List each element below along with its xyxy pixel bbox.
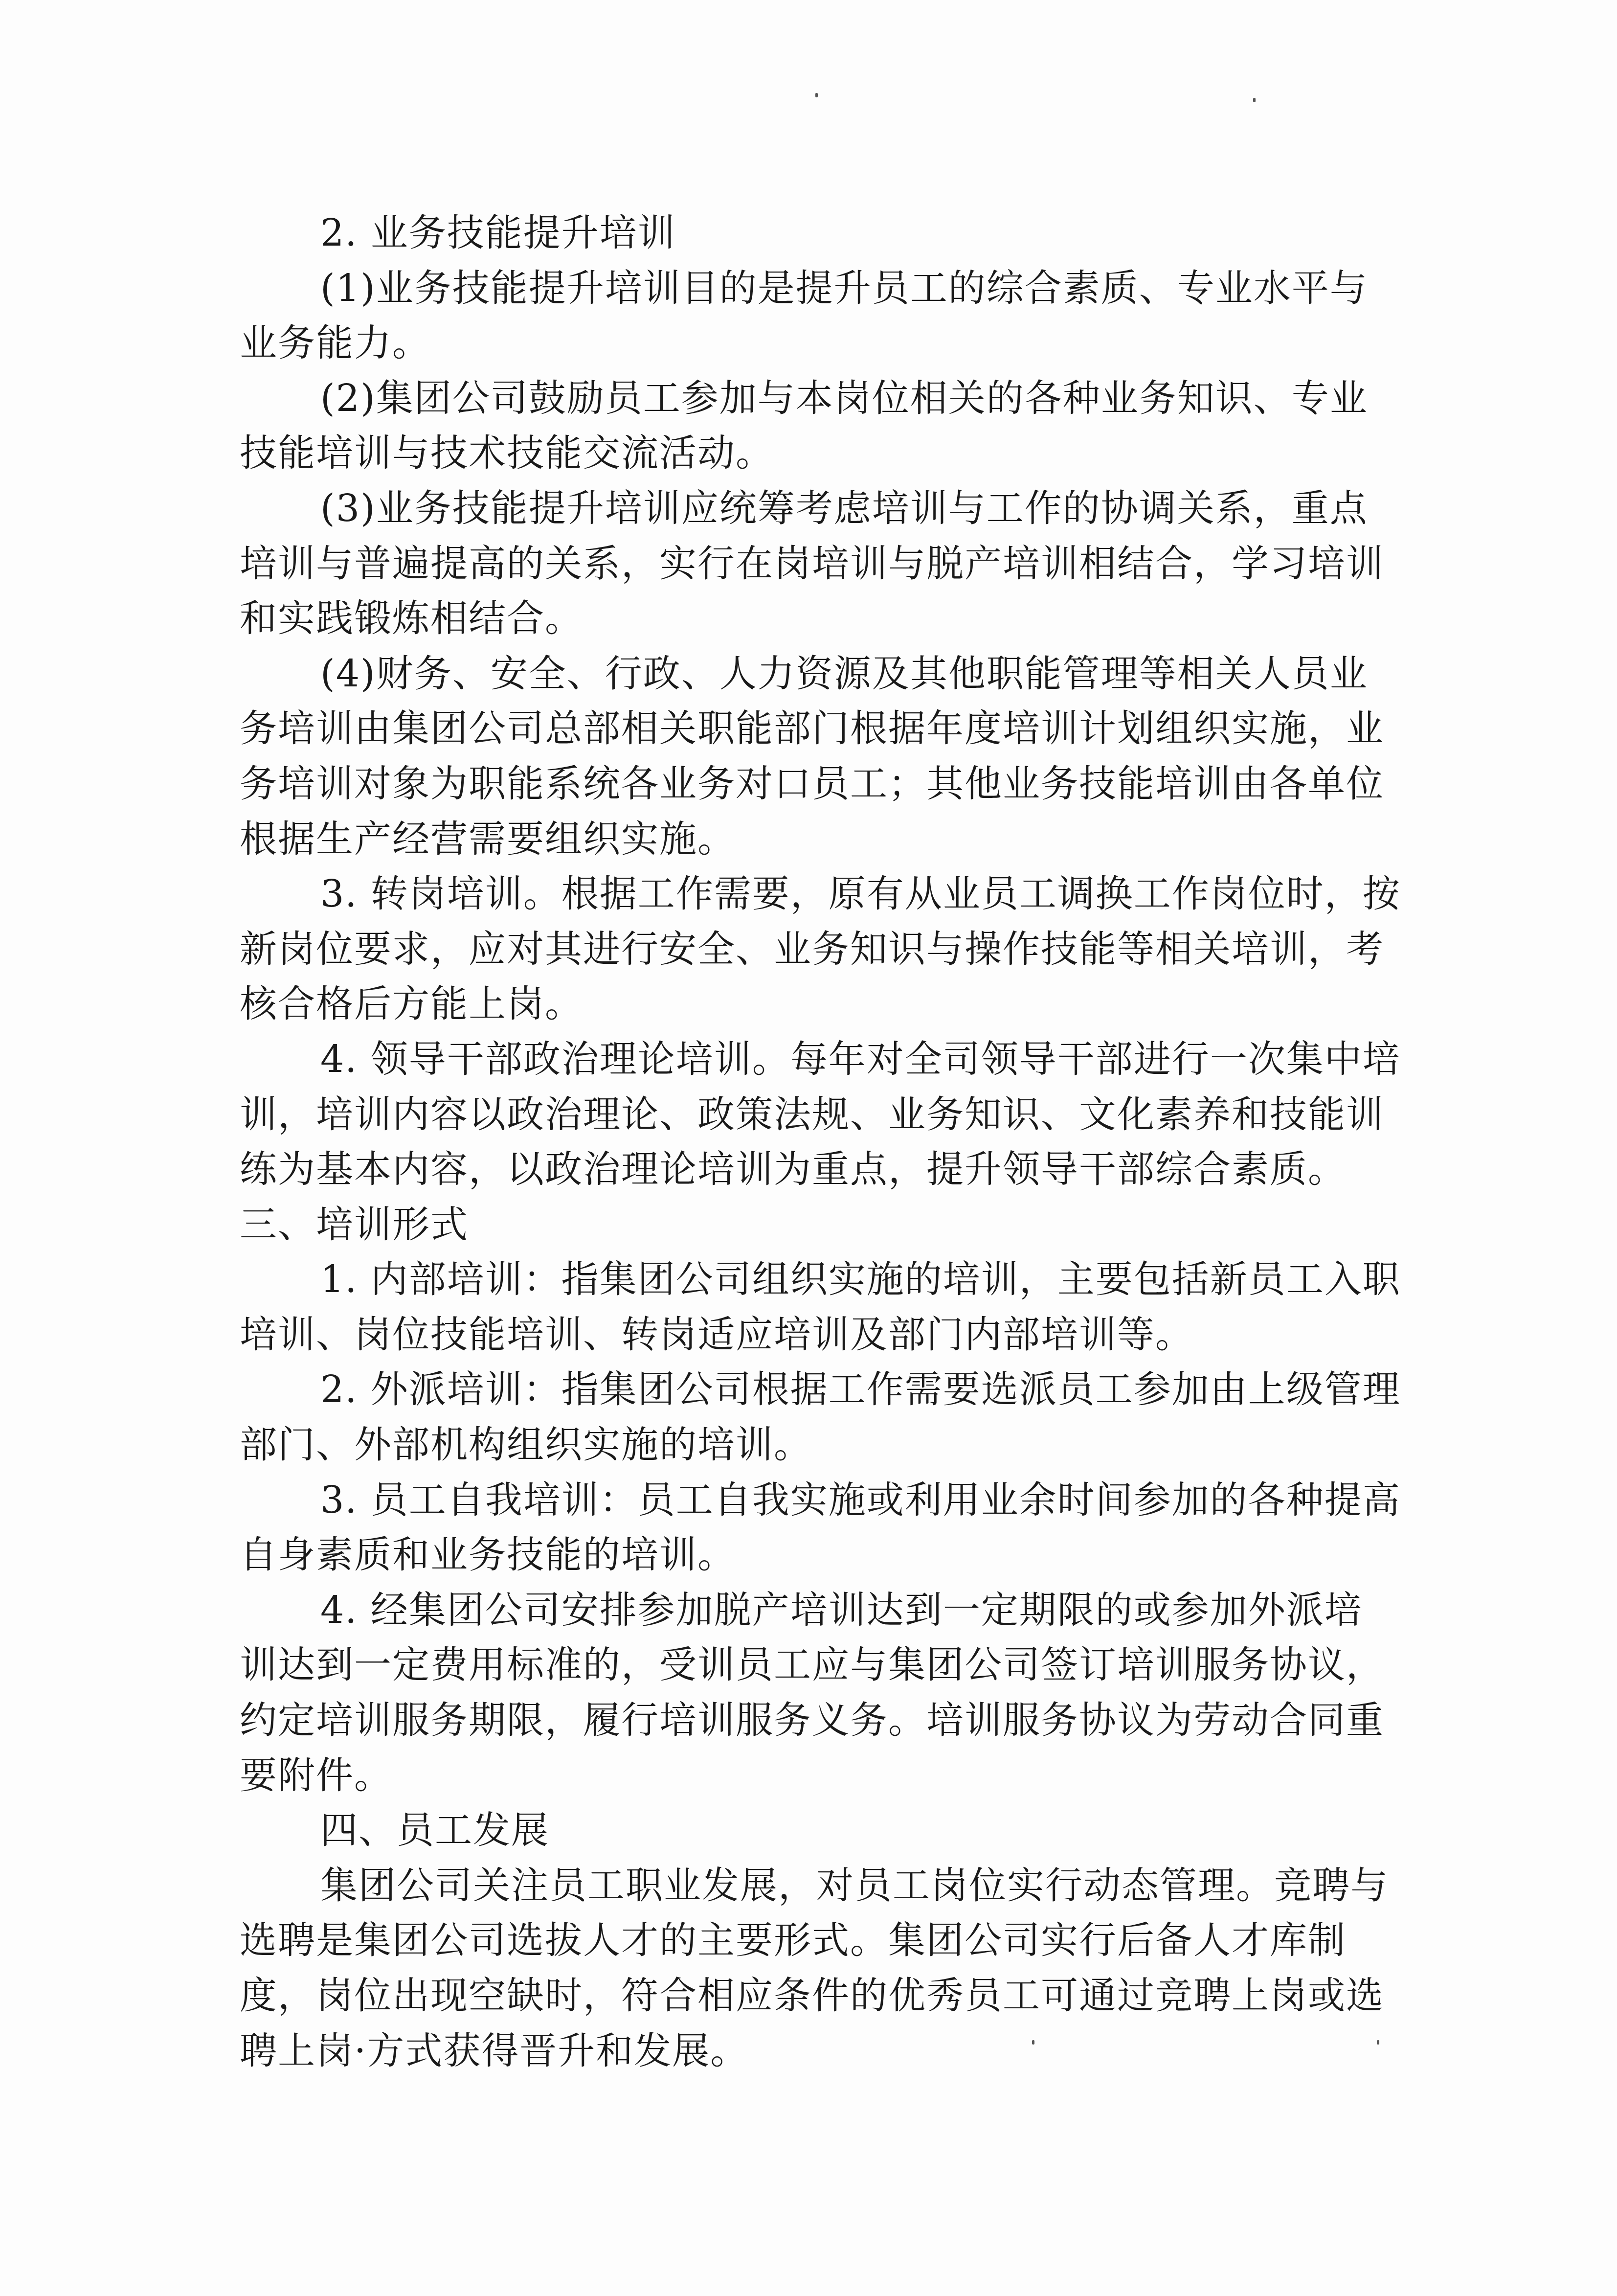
- paragraph-line: 技能培训与技术技能交流活动。: [240, 426, 1379, 481]
- scan-speck: [1377, 2040, 1379, 2045]
- paragraph-line: 业务能力。: [240, 316, 1379, 371]
- paragraph-line: 度，岗位出现空缺时，符合相应条件的优秀员工可通过竞聘上岗或选: [240, 1968, 1379, 2023]
- paragraph-line: (1)业务技能提升培训目的是提升员工的综合素质、专业水平与: [240, 261, 1379, 316]
- paragraph-line: 核合格后方能上岗。: [240, 977, 1379, 1032]
- paragraph-line: 1. 内部培训：指集团公司组织实施的培训，主要包括新员工入职: [240, 1252, 1379, 1307]
- paragraph-line: 聘上岗·方式获得晋升和发展。: [240, 2023, 1379, 2079]
- section-heading-training-forms: 三、培训形式: [240, 1197, 1379, 1252]
- scan-speck: [1253, 98, 1256, 102]
- paragraph-line: (4)财务、安全、行政、人力资源及其他职能管理等相关人员业: [240, 646, 1379, 702]
- paragraph-line: 务培训由集团公司总部相关职能部门根据年度培训计划组织实施，业: [240, 701, 1379, 756]
- paragraph-line: 训达到一定费用标准的，受训员工应与集团公司签订培训服务协议，: [240, 1637, 1379, 1693]
- paragraph-line: 3. 员工自我培训：员工自我实施或利用业余时间参加的各种提高: [240, 1473, 1379, 1528]
- paragraph-line: 培训与普遍提高的关系，实行在岗培训与脱产培训相结合，学习培训: [240, 536, 1379, 591]
- paragraph-line: 4. 经集团公司安排参加脱产培训达到一定期限的或参加外派培: [240, 1583, 1379, 1638]
- paragraph-line: 训，培训内容以政治理论、政策法规、业务知识、文化素养和技能训: [240, 1087, 1379, 1142]
- paragraph-line: 集团公司关注员工职业发展，对员工岗位实行动态管理。竞聘与: [240, 1858, 1379, 1913]
- section-heading-employee-development: 四、员工发展: [240, 1803, 1379, 1858]
- paragraph-line: 4. 领导干部政治理论培训。每年对全司领导干部进行一次集中培: [240, 1032, 1379, 1087]
- scanned-document-page: 2. 业务技能提升培训 (1)业务技能提升培训目的是提升员工的综合素质、专业水平…: [0, 0, 1617, 2296]
- paragraph-line: 要附件。: [240, 1748, 1379, 1803]
- paragraph-line: 约定培训服务期限，履行培训服务义务。培训服务协议为劳动合同重: [240, 1693, 1379, 1748]
- document-body: 2. 业务技能提升培训 (1)业务技能提升培训目的是提升员工的综合素质、专业水平…: [240, 205, 1379, 2078]
- paragraph-line: 和实践锻炼相结合。: [240, 591, 1379, 646]
- paragraph-line: (3)业务技能提升培训应统筹考虑培训与工作的协调关系，重点: [240, 481, 1379, 536]
- scan-speck: [1032, 2040, 1034, 2045]
- paragraph-line: 3. 转岗培训。根据工作需要，原有从业员工调换工作岗位时，按: [240, 866, 1379, 922]
- paragraph-line: 2. 外派培训：指集团公司根据工作需要选派员工参加由上级管理: [240, 1362, 1379, 1417]
- subsection-title-business-skills-training: 2. 业务技能提升培训: [240, 205, 1379, 261]
- paragraph-line: 务培训对象为职能系统各业务对口员工；其他业务技能培训由各单位: [240, 756, 1379, 812]
- scan-speck: [815, 93, 818, 97]
- paragraph-line: 部门、外部机构组织实施的培训。: [240, 1417, 1379, 1473]
- paragraph-line: 选聘是集团公司选拔人才的主要形式。集团公司实行后备人才库制: [240, 1913, 1379, 1968]
- paragraph-line: 练为基本内容，以政治理论培训为重点，提升领导干部综合素质。: [240, 1142, 1379, 1197]
- paragraph-line: (2)集团公司鼓励员工参加与本岗位相关的各种业务知识、专业: [240, 371, 1379, 426]
- paragraph-line: 根据生产经营需要组织实施。: [240, 812, 1379, 867]
- paragraph-line: 新岗位要求，应对其进行安全、业务知识与操作技能等相关培训，考: [240, 922, 1379, 977]
- paragraph-line: 培训、岗位技能培训、转岗适应培训及部门内部培训等。: [240, 1307, 1379, 1363]
- paragraph-line: 自身素质和业务技能的培训。: [240, 1527, 1379, 1583]
